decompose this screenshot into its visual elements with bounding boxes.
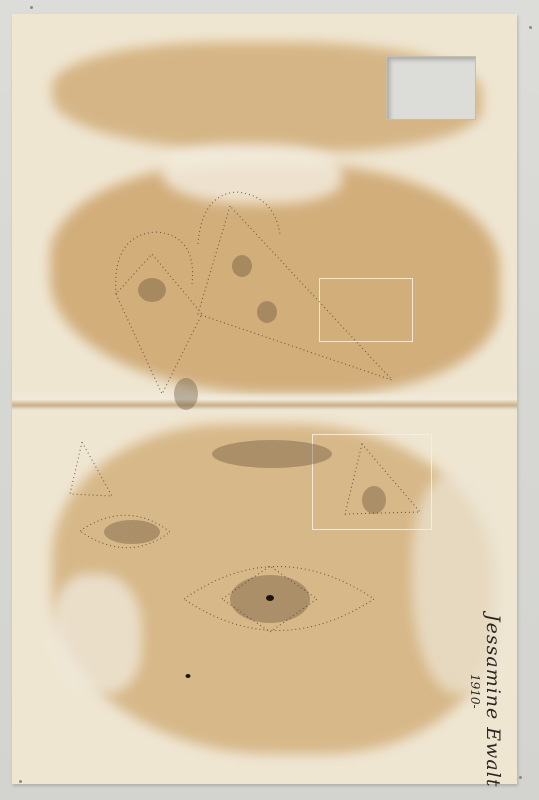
arch-top <box>198 192 280 244</box>
dot-cluster-2 <box>232 255 252 277</box>
signature-date: 1910- <box>468 674 482 709</box>
artist-signature: Jessamine Ewalt 1910- <box>464 614 504 784</box>
signature-name: Jessamine Ewalt <box>482 614 504 787</box>
dot-cluster-1 <box>138 278 166 302</box>
dot-cluster-3 <box>257 301 277 323</box>
ink-spot-center <box>266 595 274 601</box>
mounting-pin-top-left <box>30 6 33 9</box>
dot-cluster-6 <box>104 520 160 544</box>
mounting-pin-bottom-right <box>519 776 522 779</box>
ink-spot-bottom <box>186 674 191 678</box>
dot-cluster-5 <box>362 486 386 514</box>
leaning-shape-left <box>116 254 202 394</box>
dot-cluster-8 <box>212 440 332 468</box>
mounting-pin-bottom-left <box>19 780 22 783</box>
large-triangle-shape <box>198 206 392 380</box>
small-triangle-lower-left <box>70 442 112 496</box>
artwork-paper-sheet: Jessamine Ewalt 1910- <box>12 14 517 784</box>
dot-cluster-4 <box>174 378 198 410</box>
pinprick-drawing <box>12 14 517 784</box>
mounting-pin-top-right <box>529 26 532 29</box>
